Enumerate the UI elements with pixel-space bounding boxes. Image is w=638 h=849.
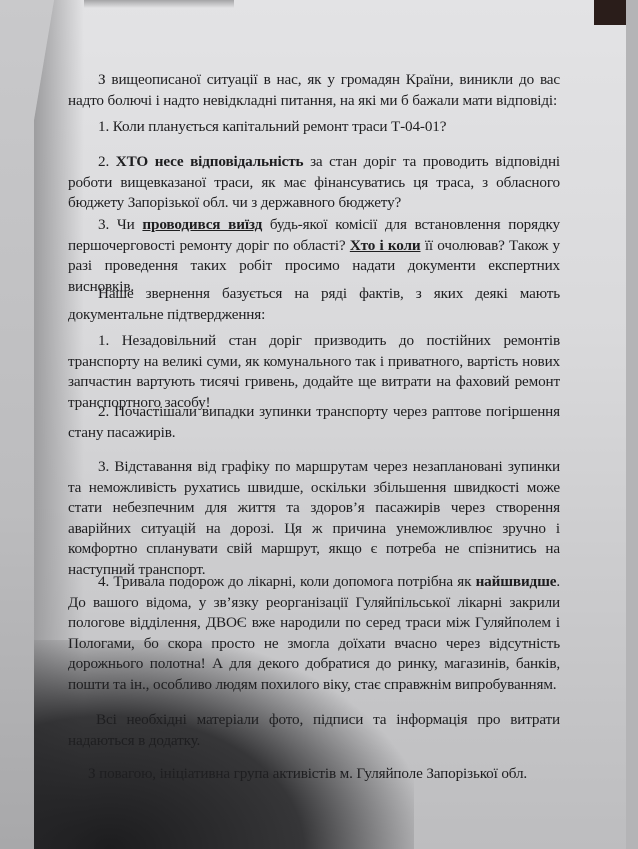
question-number: 1. xyxy=(98,118,109,135)
fact-number: 4. xyxy=(98,573,109,590)
fact-number: 3. xyxy=(98,458,109,475)
fact-text-post: . До вашого відома, у зв’язку реорганіза… xyxy=(68,573,560,693)
question-text-pre: Чи xyxy=(117,216,143,233)
fact-number: 1. xyxy=(98,332,109,349)
fact-3: 3. Відставання від графіку по маршрутам … xyxy=(68,457,560,580)
fact-emphasis: найшвидше xyxy=(476,573,557,590)
question-text: Коли планується капітальний ремонт траси… xyxy=(113,118,447,135)
fact-text: Відставання від графіку по маршрутам чер… xyxy=(68,458,560,578)
question-number: 2. xyxy=(98,153,109,170)
intro-paragraph: З вищеописаної ситуації в нас, як у гром… xyxy=(68,70,560,111)
fact-1: 1. Незадовільний стан доріг призводить д… xyxy=(68,331,560,413)
attachments-text: Всі необхідні матеріали фото, підписи та… xyxy=(68,711,560,749)
question-emphasis-2: Хто і коли xyxy=(350,237,421,254)
question-1: 1. Коли планується капітальний ремонт тр… xyxy=(68,117,560,138)
background-right-strip xyxy=(626,0,638,849)
fact-2: 2. Почастішали випадки зупинки транспорт… xyxy=(68,402,560,443)
fact-4: 4. Тривала подорож до лікарні, коли допо… xyxy=(68,572,560,695)
question-number: 3. xyxy=(98,216,109,233)
facts-intro-paragraph: Наше звернення базується на ряді фактів,… xyxy=(68,284,560,325)
fact-text: Незадовільний стан доріг призводить до п… xyxy=(68,332,560,411)
page-fold-shadow xyxy=(84,0,234,8)
signature: З повагою, ініціативна група активістів … xyxy=(68,764,560,785)
fact-number: 2. xyxy=(98,403,109,420)
question-emphasis: ХТО несе відповідальність xyxy=(116,153,304,170)
question-2: 2. ХТО несе відповідальність за стан дор… xyxy=(68,152,560,214)
fact-text-pre: Тривала подорож до лікарні, коли допомог… xyxy=(113,573,475,590)
attachments-note: Всі необхідні матеріали фото, підписи та… xyxy=(68,710,560,751)
fact-text: Почастішали випадки зупинки транспорту ч… xyxy=(68,403,560,441)
question-emphasis-1: проводився виїзд xyxy=(142,216,262,233)
